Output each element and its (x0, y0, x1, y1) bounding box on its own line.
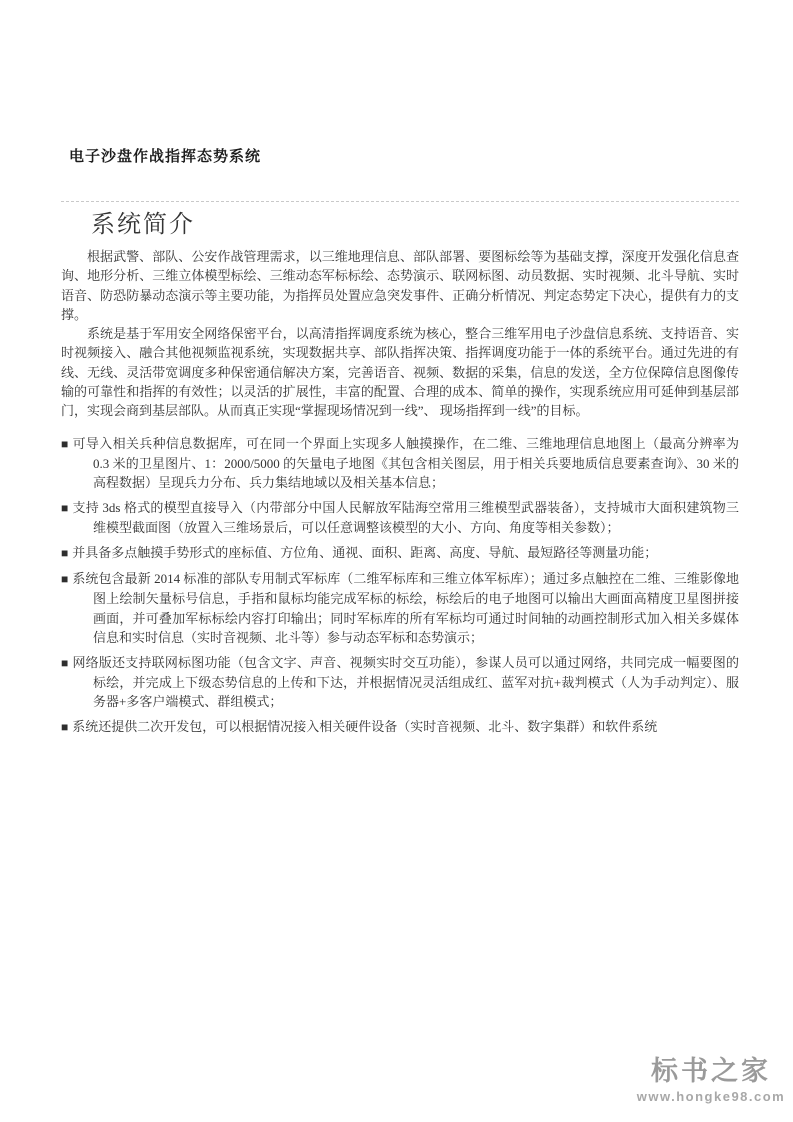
list-item: ■并具备多点触摸手势形式的座标值、方位角、通视、面积、距离、高度、导航、最短路径… (61, 543, 739, 563)
bullet-square-icon: ■ (61, 546, 68, 560)
list-item: ■网络版还支持联网标图功能（包含文字、声音、视频实时交互功能），参谋人员可以通过… (61, 653, 739, 712)
bullet-square-icon: ■ (61, 572, 68, 586)
feature-list: ■可导入相关兵种信息数据库，可在同一个界面上实现多人触摸操作，在二维、三维地理信… (61, 434, 739, 738)
bullet-text: 可导入相关兵种信息数据库，可在同一个界面上实现多人触摸操作，在二维、三维地理信息… (73, 436, 739, 491)
bullet-square-icon: ■ (61, 437, 69, 451)
document-content: 电子沙盘作战指挥态势系统 系统简介 根据武警、部队、公安作战管理需求，以三维地理… (61, 147, 739, 743)
bullet-square-icon: ■ (61, 501, 68, 515)
document-page: 电子沙盘作战指挥态势系统 系统简介 根据武警、部队、公安作战管理需求，以三维地理… (0, 0, 793, 1122)
intro-paragraph-1: 根据武警、部队、公安作战管理需求，以三维地理信息、部队部署、要图标绘等为基础支撑… (61, 247, 739, 324)
bullet-text: 系统包含最新 2014 标准的部队专用制式军标库（二维军标库和三维立体军标库）；… (72, 571, 739, 645)
list-item: ■系统包含最新 2014 标准的部队专用制式军标库（二维军标库和三维立体军标库）… (61, 569, 739, 647)
section-body: 根据武警、部队、公安作战管理需求，以三维地理信息、部队部署、要图标绘等为基础支撑… (61, 247, 739, 737)
list-item: ■系统还提供二次开发包，可以根据情况接入相关硬件设备（实时音视频、北斗、数字集群… (61, 717, 739, 737)
bullet-text: 网络版还支持联网标图功能（包含文字、声音、视频实时交互功能），参谋人员可以通过网… (72, 655, 739, 710)
bullet-text: 并具备多点触摸手势形式的座标值、方位角、通视、面积、距离、高度、导航、最短路径等… (72, 545, 657, 560)
watermark: 标书之家 www.hongke98.com (629, 1058, 793, 1104)
bullet-text: 支持 3ds 格式的模型直接导入（内带部分中国人民解放军陆海空常用三维模型武器装… (72, 500, 739, 535)
bullet-square-icon: ■ (61, 656, 68, 670)
intro-paragraph-2: 系统是基于军用安全网络保密平台，以高清指挥调度系统为核心，整合三维军用电子沙盘信… (61, 324, 739, 420)
list-item: ■支持 3ds 格式的模型直接导入（内带部分中国人民解放军陆海空常用三维模型武器… (61, 498, 739, 538)
watermark-logo: 标书之家 (629, 1058, 793, 1085)
bullet-square-icon: ■ (61, 720, 68, 734)
bullet-text: 系统还提供二次开发包，可以根据情况接入相关硬件设备（实时音视频、北斗、数字集群）… (72, 719, 657, 734)
section-heading: 系统简介 (91, 210, 739, 240)
watermark-url: www.hongke98.com (629, 1089, 793, 1104)
document-title: 电子沙盘作战指挥态势系统 (69, 147, 739, 167)
section-divider (61, 201, 739, 202)
list-item: ■可导入相关兵种信息数据库，可在同一个界面上实现多人触摸操作，在二维、三维地理信… (61, 434, 739, 493)
